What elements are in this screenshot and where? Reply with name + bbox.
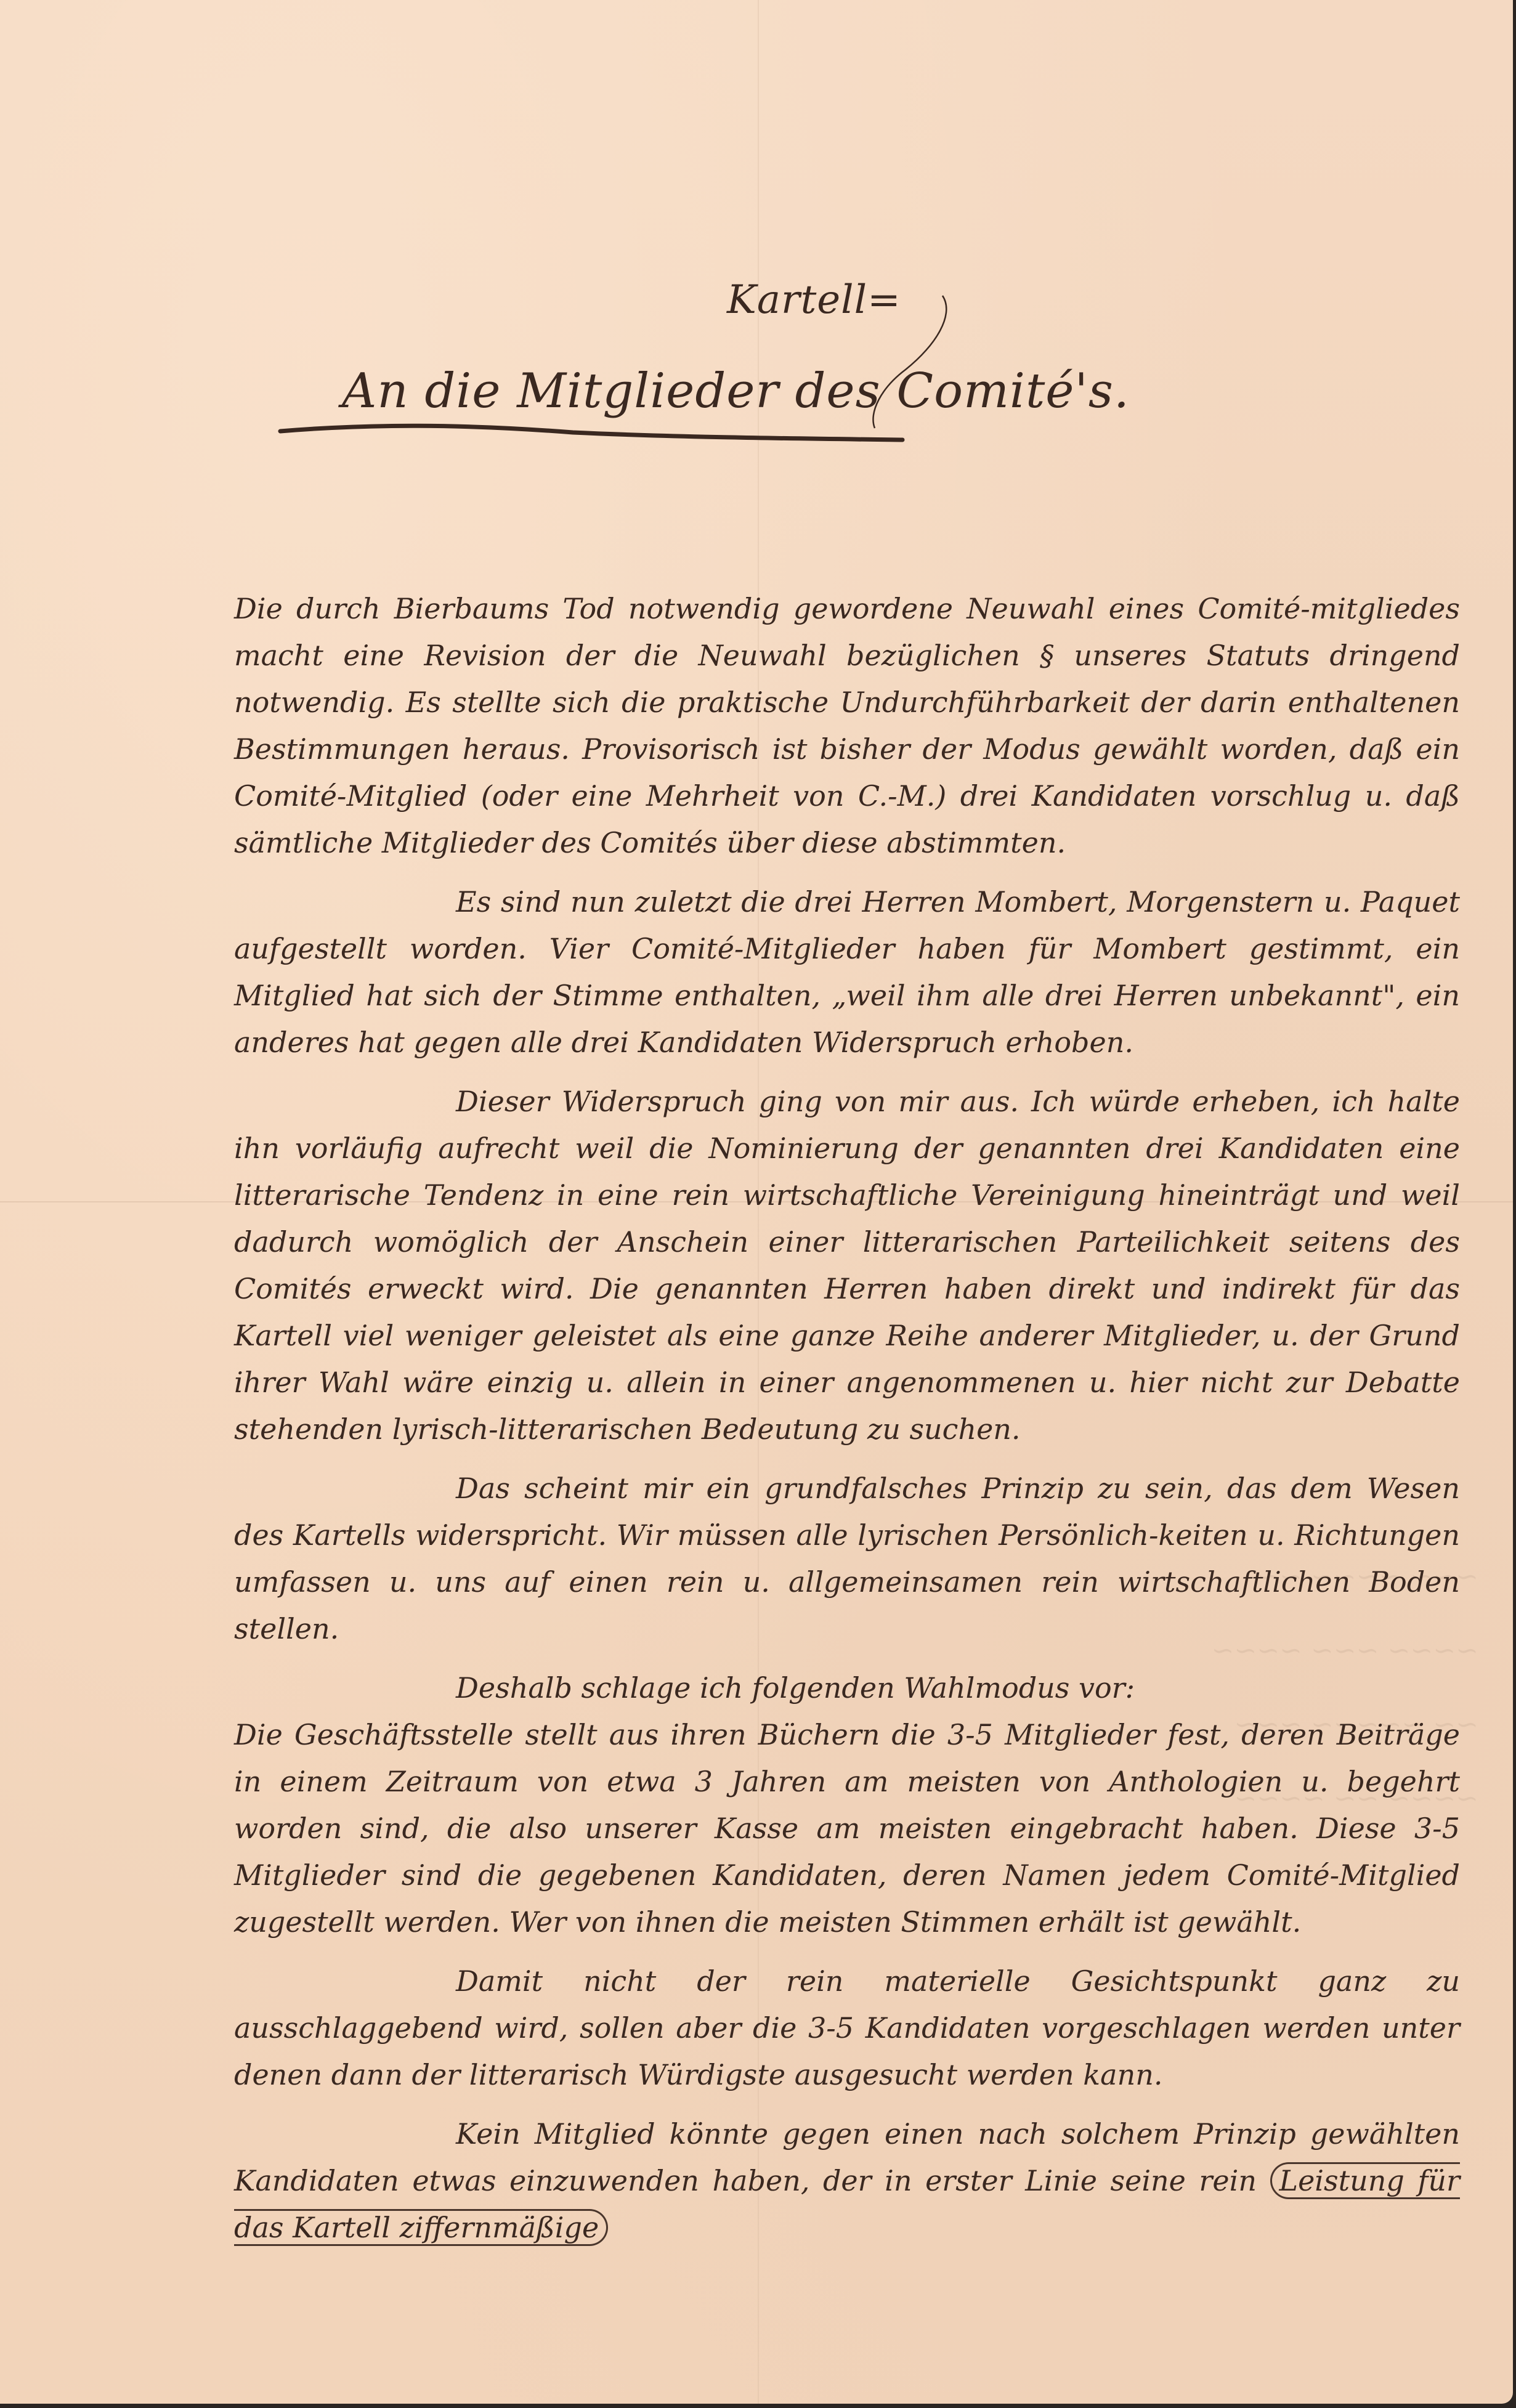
paragraph-1: Die durch Bierbaums Tod notwendig geword… [234,585,1460,866]
paragraph-8: Kein Mitglied könnte gegen einen nach so… [234,2110,1460,2251]
paragraph-3: Dieser Widerspruch ging von mir aus. Ich… [234,1078,1460,1453]
page-title: An die Mitglieder des Comité's. [342,363,1130,419]
paragraph-4: Das scheint mir ein grundfalsches Prinzi… [234,1465,1460,1652]
paragraph-2: Es sind nun zuletzt die drei Herren Momb… [234,878,1460,1066]
paragraph-6: Die Geschäftsstelle stellt aus ihren Büc… [234,1711,1460,1945]
title-underline [277,419,906,444]
letter-sheet: ~~~ ~~~~ ~~~~~~ ~~~ ~~~~~~ ~~~~~ ~~~~~~~… [0,0,1513,2404]
paragraph-7: Damit nicht der rein materielle Gesichts… [234,1958,1460,2098]
letter-body: Die durch Bierbaums Tod notwendig geword… [234,585,1460,2263]
paragraph-5: Deshalb schlage ich folgenden Wahlmodus … [234,1664,1460,1711]
